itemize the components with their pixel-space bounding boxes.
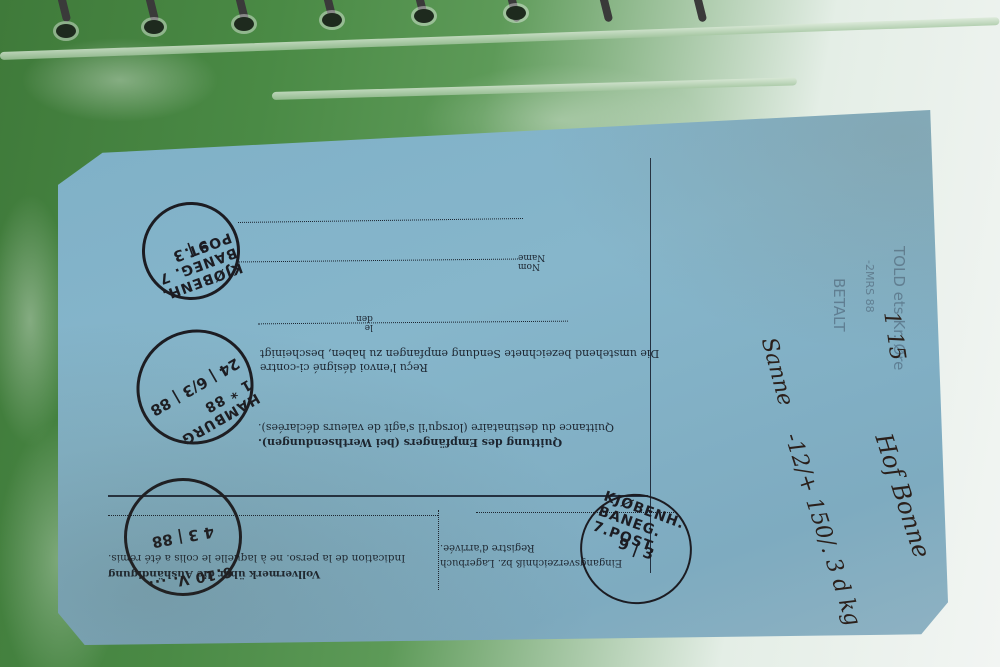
- name-label: NomName: [518, 252, 545, 270]
- handwriting-name: Hof Bonne: [869, 430, 936, 561]
- punch-hole: [506, 6, 526, 20]
- handwriting-signature: Sanne: [756, 335, 798, 409]
- dotted-line: [258, 321, 568, 325]
- receipt-heading: Quittung des Empfängers (bei Werthsendun…: [258, 420, 614, 450]
- postmark-bottom-left: 6.10 V. ... 4 3 | 88: [115, 469, 252, 606]
- binder-ring: [57, 0, 72, 23]
- customs-stamp-line1: TOLD ets Kr. Øre: [890, 246, 908, 370]
- handwriting-weight: -12/+ 150/. 3 d kg: [779, 430, 865, 629]
- postmark-hamburg: HAMBURG 1 * 88 24 | 6/3 | 88: [115, 308, 274, 466]
- dotted-line: [238, 218, 523, 223]
- delivery-indication: Vollvermerk über die AushändigungIndicat…: [108, 550, 405, 582]
- postal-receipt-card: NomName leden Reçu l'envoi désigné ci-co…: [58, 110, 948, 645]
- punch-hole: [144, 20, 164, 34]
- dotted-line: [476, 512, 676, 513]
- postmark-kjobenh-top: KJØBENH. BANEG. 7 POST. 9 | 3: [128, 188, 254, 314]
- dotted-line: [108, 515, 438, 516]
- punch-hole: [322, 13, 342, 27]
- binder-ring: [599, 0, 614, 23]
- dotted-box-edge: [438, 510, 439, 590]
- binder-ring: [693, 0, 708, 23]
- dotted-line: [238, 259, 518, 263]
- postmark-kjobenh-bottom: KJØBENH. BANEG. 7.POST. 9 | 3: [565, 478, 708, 620]
- punch-hole: [234, 17, 254, 31]
- punch-hole: [56, 24, 76, 38]
- vertical-divider: [650, 158, 651, 573]
- horizontal-rule: [108, 495, 648, 497]
- date-label: leden: [356, 313, 373, 331]
- handwriting-amount: 1 15: [878, 310, 910, 362]
- punch-hole: [414, 9, 434, 23]
- receipt-text: Reçu l'envoi désigné ci-contreDie umsteh…: [260, 346, 659, 374]
- customs-stamp-line3: BETALT: [830, 278, 848, 331]
- arrival-register: Eingangsverzeichniß bz. LagerbuchRegistr…: [440, 540, 622, 570]
- customs-stamp-line2: -2MRS 88: [863, 260, 876, 313]
